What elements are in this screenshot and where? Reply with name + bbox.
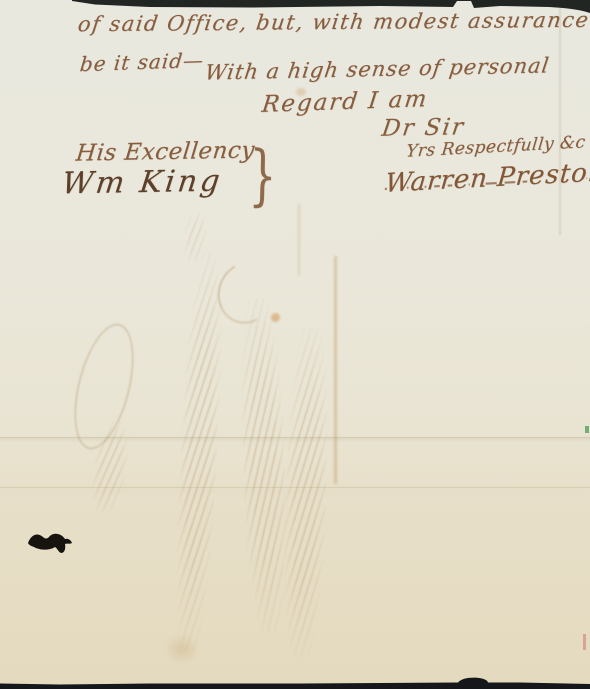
bleedthrough-mark [280, 327, 331, 658]
closing-line-4: Regard I am [260, 86, 429, 118]
scanner-edge-top [0, 0, 590, 16]
ink-blot [27, 527, 77, 559]
red-edge-mark [583, 634, 586, 650]
closing-line-2: be it said— [79, 48, 206, 76]
closing-line-5: Dr Sir [380, 114, 467, 142]
closing-line-3: With a high sense of personal [203, 53, 551, 84]
bleedthrough-mark [171, 251, 228, 652]
green-edge-artifact [585, 426, 589, 433]
addressee-line-2: Wm King [60, 164, 225, 202]
addressee-line-1: His Excellency [75, 137, 257, 166]
paper-stain [158, 628, 206, 670]
letter-page: of said Office, but, with modest assuran… [0, 0, 590, 689]
vertical-crease-right [559, 0, 561, 235]
vertical-stain-streak-small [298, 204, 300, 276]
scanner-edge-bottom [0, 675, 590, 689]
paper-stain [271, 313, 280, 322]
vertical-stain-streak [334, 256, 337, 484]
curly-brace-mark: } [248, 136, 277, 214]
scanned-letter: of said Office, but, with modest assuran… [0, 0, 590, 689]
